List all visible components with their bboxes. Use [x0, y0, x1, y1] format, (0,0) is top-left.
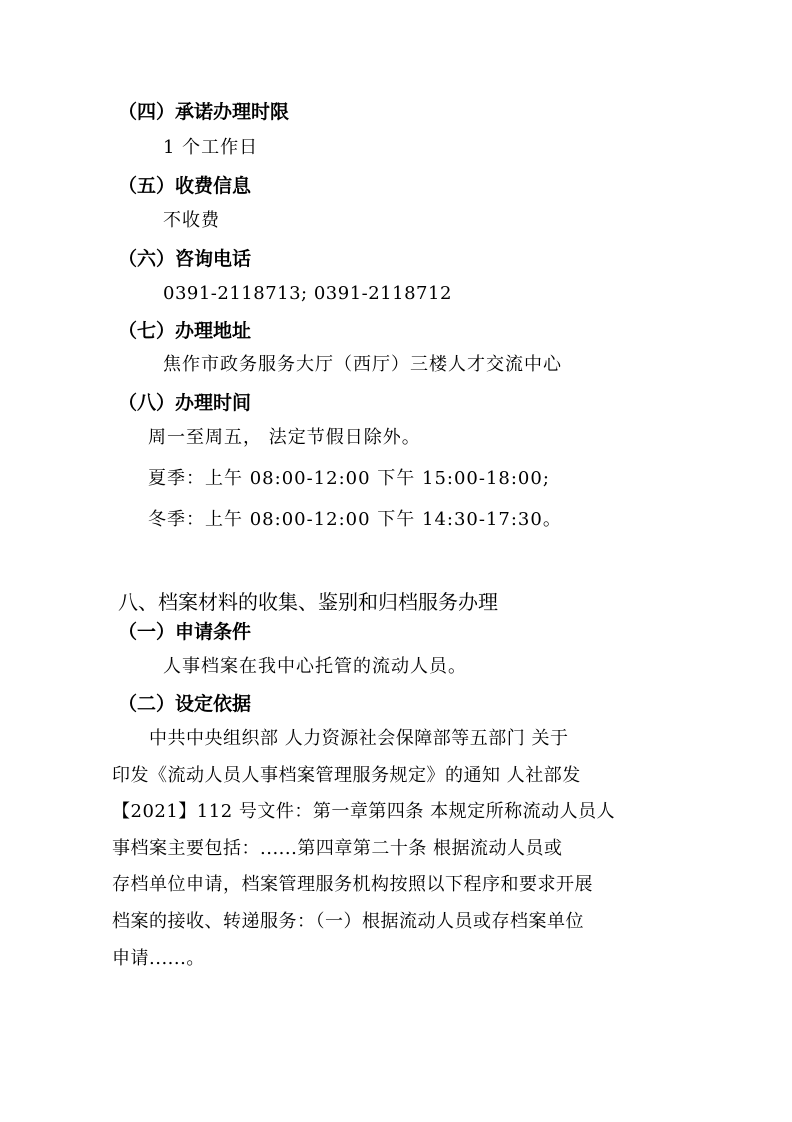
section-heading-address: （七）办理地址 — [118, 319, 251, 343]
paragraph-line: 印发《流动人员人事档案管理服务规定》的通知 人社部发 — [112, 758, 678, 795]
paragraph-line: 申请......。 — [112, 941, 678, 978]
subsection-heading-basis: （二）设定依据 — [118, 692, 251, 716]
section-heading-hours: （八）办理时间 — [118, 391, 251, 415]
paragraph-line: 事档案主要包括：......第四章第二十条 根据流动人员或 — [112, 831, 678, 868]
phone-numbers: 0391-2118713; 0391-2118712 — [163, 282, 452, 306]
paragraph-line: 档案的接收、转递服务：（一）根据流动人员或存档案单位 — [112, 904, 678, 941]
subsection-heading-conditions: （一）申请条件 — [118, 620, 251, 644]
legal-basis-paragraph: 中共中央组织部 人力资源社会保障部等五部门 关于 印发《流动人员人事档案管理服务… — [112, 721, 678, 977]
section-heading-processing-time: （四）承诺办理时限 — [118, 100, 289, 124]
conditions-value: 人事档案在我中心托管的流动人员。 — [163, 655, 467, 679]
paragraph-line: 存档单位申请，档案管理服务机构按照以下程序和要求开展 — [112, 867, 678, 904]
fee-info-value: 不收费 — [163, 209, 220, 233]
processing-time-value: 1 个工作日 — [163, 136, 258, 160]
address-value: 焦作市政务服务大厅（西厅）三楼人才交流中心 — [163, 353, 562, 377]
paragraph-line: 【2021】112 号文件：第一章第四条 本规定所称流动人员人 — [112, 794, 678, 831]
hours-summer: 夏季：上午 08:00-12:00 下午 15:00-18:00; — [148, 467, 550, 491]
paragraph-line: 中共中央组织部 人力资源社会保障部等五部门 关于 — [112, 721, 678, 758]
section-heading-fee-info: （五）收费信息 — [118, 174, 251, 198]
hours-weekdays: 周一至周五， 法定节假日除外。 — [148, 426, 421, 450]
chapter-title: 八、档案材料的收集、鉴别和归档服务办理 — [118, 590, 498, 614]
hours-winter: 冬季：上午 08:00-12:00 下午 14:30-17:30。 — [148, 508, 562, 532]
section-heading-phone: （六）咨询电话 — [118, 247, 251, 271]
